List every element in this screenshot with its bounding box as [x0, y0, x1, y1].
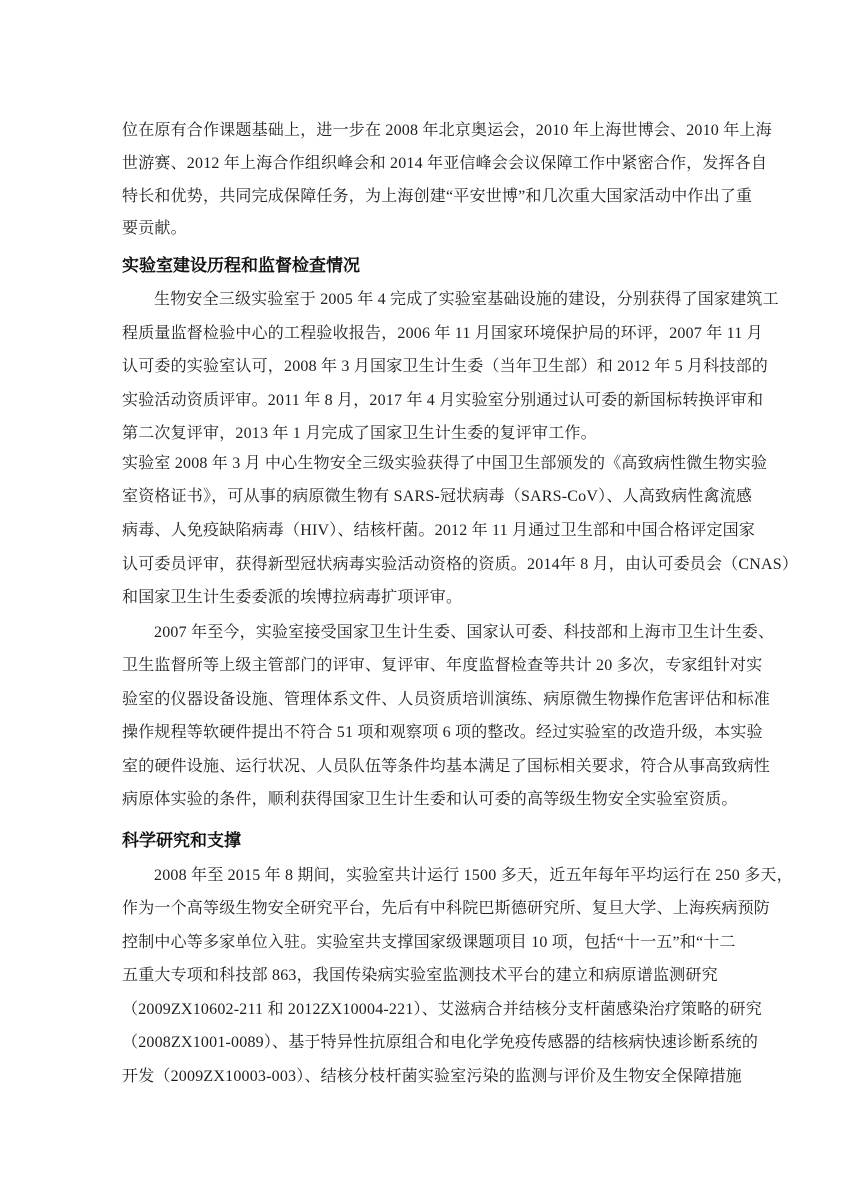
s1p1-line-1: 生物安全三级实验室于 2005 年 4 完成了实验室基础设施的建设，分别获得了国…	[122, 290, 722, 310]
s1p3-line-1: 2007 年至今，实验室接受国家卫生计生委、国家认可委、科技部和上海市卫生计生委…	[122, 623, 722, 643]
s1p3-line-2: 卫生监督所等上级主管部门的评审、复评审、年度监督检查等共计 20 多次，专家组针…	[122, 656, 722, 676]
s1p1-line-5: 第二次复评审，2013 年 1 月完成了国家卫生计生委的复评审工作。	[122, 424, 722, 444]
s1p1-line-4: 实验活动资质评审。2011 年 8 月，2017 年 4 月实验室分别通过认可委…	[122, 391, 722, 411]
intro-line-3: 特长和优势，共同完成保障任务，为上海创建“平安世博”和几次重大国家活动中作出了重	[122, 187, 722, 207]
s1p2-line-1: 实验室 2008 年 3 月 中心生物安全三级实验获得了中国卫生部颁发的《高致病…	[122, 454, 722, 474]
s2p1-line-3: 控制中心等多家单位入驻。实验室共支撑国家级课题项目 10 项，包括“十一五”和“…	[122, 933, 722, 953]
s2p1-line-4: 五重大专项和科技部 863，我国传染病实验室监测技术平台的建立和病原谱监测研究	[122, 966, 722, 986]
s2p1-line-7: 开发（2009ZX10003-003）、结核分枝杆菌实验室污染的监测与评价及生物…	[122, 1067, 722, 1087]
s1p3-line-3: 验室的仪器设备设施、管理体系文件、人员资质培训演练、病原微生物操作危害评估和标准	[122, 690, 722, 710]
intro-line-2: 世游赛、2012 年上海合作组织峰会和 2014 年亚信峰会会议保障工作中紧密合…	[122, 154, 722, 174]
s1p2-line-4: 认可委员评审，获得新型冠状病毒实验活动资格的资质。2014年 8 月，由认可委员…	[122, 555, 722, 575]
s2p1-line-1: 2008 年至 2015 年 8 期间，实验室共计运行 1500 多天，近五年每…	[122, 866, 722, 886]
s2p1-line-6: （2008ZX1001-0089）、基于特异性抗原组合和电化学免疫传感器的结核病…	[122, 1033, 722, 1053]
s2p1-line-2: 作为一个高等级生物安全研究平台，先后有中科院巴斯德研究所、复旦大学、上海疾病预防	[122, 899, 722, 919]
s2p1-line-5: （2009ZX10602-211 和 2012ZX10004-221）、艾滋病合…	[122, 1000, 722, 1020]
s1p1-line-2: 程质量监督检验中心的工程验收报告，2006 年 11 月国家环境保护局的环评，2…	[122, 324, 722, 344]
s1p2-line-3: 病毒、人免疫缺陷病毒（HIV）、结核杆菌。2012 年 11 月通过卫生部和中国…	[122, 521, 722, 541]
s1p3-line-5: 室的硬件设施、运行状况、人员队伍等条件均基本满足了国标相关要求，符合从事高致病性	[122, 757, 722, 777]
s1p2-line-2: 室资格证书》，可从事的病原微生物有 SARS-冠状病毒（SARS-CoV）、人高…	[122, 487, 722, 507]
document-page: 位在原有合作课题基础上，进一步在 2008 年北京奥运会，2010 年上海世博会…	[0, 0, 848, 1200]
intro-line-4: 要贡献。	[122, 219, 722, 239]
intro-line-1: 位在原有合作课题基础上，进一步在 2008 年北京奥运会，2010 年上海世博会…	[122, 121, 722, 141]
s1p3-line-4: 操作规程等软硬件提出不符合 51 项和观察项 6 项的整改。经过实验室的改造升级…	[122, 723, 722, 743]
s1p2-line-5: 和国家卫生计生委委派的埃博拉病毒扩项评审。	[122, 588, 722, 608]
s1p1-line-3: 认可委的实验室认可，2008 年 3 月国家卫生计生委（当年卫生部）和 2012…	[122, 357, 722, 377]
section-heading-research: 科学研究和支撑	[122, 830, 241, 852]
s1p3-line-6: 病原体实验的条件，顺利获得国家卫生计生委和认可委的高等级生物安全实验室资质。	[122, 790, 722, 810]
section-heading-lab-construction: 实验室建设历程和监督检查情况	[122, 255, 360, 277]
